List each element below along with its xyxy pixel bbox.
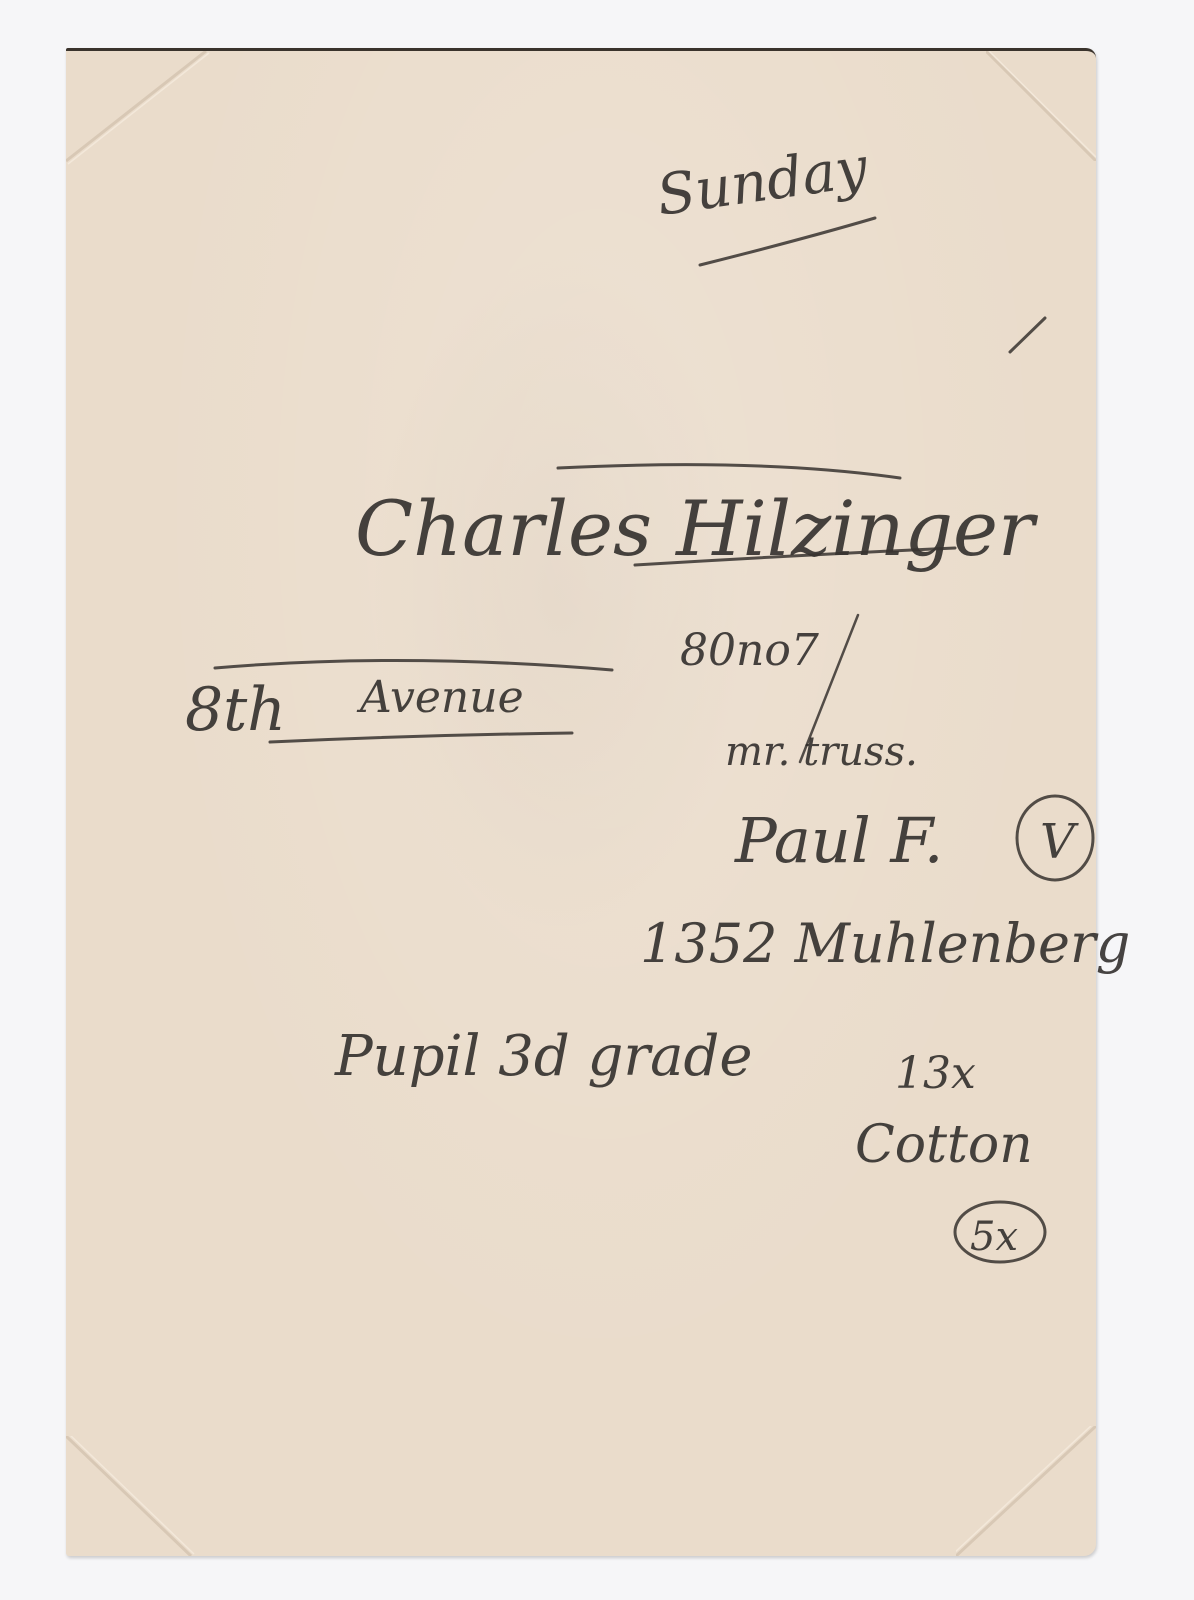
overline-stroke — [558, 465, 900, 478]
note-address: 1352 Muhlenberg — [640, 912, 1130, 975]
underline-stroke — [270, 733, 572, 742]
note-circle-mark: V — [1040, 814, 1079, 870]
pencil-annotations: Sunday Charles Hilzinger 8th Avenue 80no… — [0, 0, 1194, 1600]
note-credit: Paul F. — [734, 804, 943, 877]
note-sunday: Sunday — [653, 135, 873, 229]
note-size: 13x — [895, 1048, 976, 1099]
note-description: Pupil 3d grade — [334, 1024, 752, 1089]
note-mr-truss: mr. truss. — [725, 729, 918, 775]
overline-stroke — [215, 660, 612, 670]
note-bottom-circle-mark: 5x — [970, 1214, 1018, 1260]
note-name: Charles Hilzinger — [355, 484, 1039, 573]
underline-stroke — [700, 218, 875, 265]
note-cotton: Cotton — [855, 1115, 1033, 1175]
note-street-name: Avenue — [356, 672, 524, 723]
note-street-number: 8th — [185, 675, 286, 745]
stray-pencil-mark — [1010, 318, 1045, 352]
note-code: 80no7 — [680, 625, 819, 676]
